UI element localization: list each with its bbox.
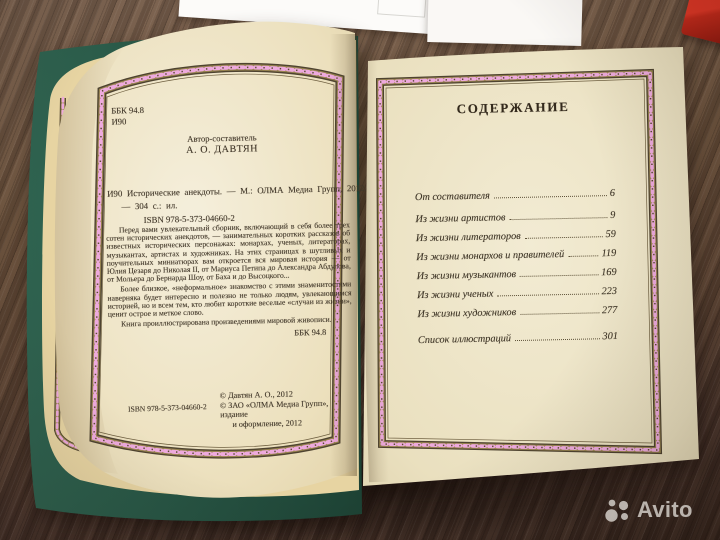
annotation-paragraph: Перед вами увлекательный сборник, включа… xyxy=(106,221,351,284)
right-page-content: СОДЕРЖАНИЕ От составителя 6 Из жизни арт… xyxy=(372,49,672,455)
annotation-paragraph: Более близкое, «неформальное» знакомство… xyxy=(107,281,352,319)
bbk-code: ББК 94.8 xyxy=(111,105,144,116)
toc-entry-label: Из жизни музыкантов xyxy=(417,269,517,282)
dot-leader xyxy=(568,255,598,257)
toc-entry: Из жизни художников 277 xyxy=(417,305,617,328)
toc-entry-page: 9 xyxy=(610,210,615,221)
toc-entry-label: Из жизни художников xyxy=(417,307,516,320)
toc-entry-page: 301 xyxy=(602,331,618,342)
author-block: Автор-составитель А. О. ДАВТЯН xyxy=(96,130,348,158)
toc-title: СОДЕРЖАНИЕ xyxy=(413,98,613,118)
toc-entry-label: Из жизни ученых xyxy=(417,289,494,302)
toc-entry-label: Из жизни артистов xyxy=(415,212,505,225)
dot-leader xyxy=(520,274,598,277)
dot-leader xyxy=(494,195,607,198)
dot-leader xyxy=(525,236,603,239)
toc-entry-page: 59 xyxy=(605,229,616,240)
toc-entry-label: От составителя xyxy=(415,191,490,204)
toc-entry-label: Из жизни монархов и правителей xyxy=(416,249,564,263)
toc-entry-page: 119 xyxy=(601,248,616,259)
toc-entry-page: 277 xyxy=(602,305,618,316)
copyright-block: © Давтян А. О., 2012 © ЗАО «ОЛМА Медиа Г… xyxy=(220,388,355,429)
index-code: И90 xyxy=(111,115,144,126)
bbk-bottom: ББК 94.8 xyxy=(108,329,352,343)
dot-leader xyxy=(497,293,598,296)
toc-entry-page: 6 xyxy=(610,188,615,199)
bbk-classification: ББК 94.8 И90 xyxy=(111,105,144,127)
bibliographic-entry: И90 Исторические анекдоты. — М.: ОЛМА Ме… xyxy=(107,182,368,213)
avito-watermark-text: Avito xyxy=(637,497,693,523)
toc-entry-page: 223 xyxy=(601,286,617,297)
avito-logo-icon xyxy=(604,496,632,524)
dot-leader xyxy=(509,217,607,220)
annotation-body: Перед вами увлекательный сборник, включа… xyxy=(106,221,353,344)
left-page-content: ББК 94.8 И90 Автор-составитель А. О. ДАВ… xyxy=(95,94,354,430)
isbn-bottom: ISBN 978-5-373-04660-2 xyxy=(128,402,207,415)
toc-entry-page: 169 xyxy=(601,267,617,278)
dot-leader xyxy=(515,338,600,341)
photo-scene: ББК 94.8 И90 Автор-составитель А. О. ДАВ… xyxy=(0,0,720,540)
dot-leader xyxy=(520,312,599,315)
toc-entry: Список иллюстраций 301 xyxy=(418,331,618,354)
toc-entry-label: Из жизни литераторов xyxy=(416,231,521,244)
table-of-contents: От составителя 6 Из жизни артистов 9 Из … xyxy=(415,188,618,354)
toc-entry-label: Список иллюстраций xyxy=(418,333,511,346)
toc-entry: От составителя 6 xyxy=(415,188,615,211)
avito-watermark: Avito xyxy=(604,496,693,524)
